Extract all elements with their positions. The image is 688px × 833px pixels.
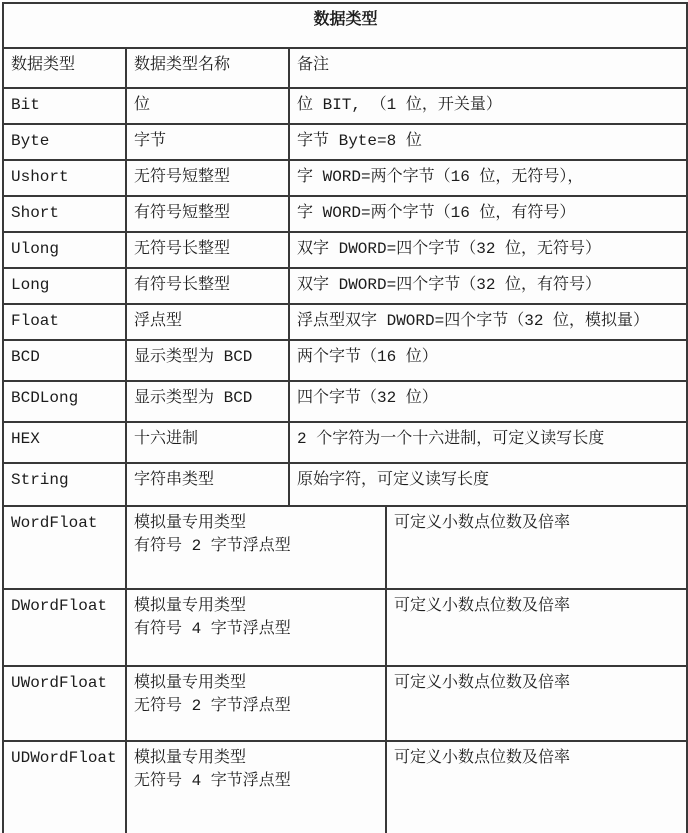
table-row: String字符串类型原始字符，可定义读写长度 [3, 463, 687, 506]
cell-name: 模拟量专用类型有符号 2 字节浮点型 [126, 506, 386, 589]
cell-name: 浮点型 [126, 304, 289, 340]
cell-note: 四个字节（32 位） [289, 381, 687, 422]
cell-name: 模拟量专用类型有符号 4 字节浮点型 [126, 589, 386, 666]
cell-name: 显示类型为 BCD [126, 340, 289, 381]
table-row: BCD显示类型为 BCD两个字节（16 位） [3, 340, 687, 381]
table-row: Ulong无符号长整型双字 DWORD=四个字节（32 位，无符号） [3, 232, 687, 268]
table-row: DWordFloat模拟量专用类型有符号 4 字节浮点型可定义小数点位数及倍率 [3, 589, 687, 666]
cell-note: 可定义小数点位数及倍率 [386, 741, 687, 833]
cell-type: String [3, 463, 126, 506]
table-row: Byte字节字节 Byte=8 位 [3, 124, 687, 160]
cell-note: 字 WORD=两个字节（16 位，无符号）， [289, 160, 687, 196]
cell-name: 显示类型为 BCD [126, 381, 289, 422]
cell-type: Float [3, 304, 126, 340]
cell-note: 浮点型双字 DWORD=四个字节（32 位，模拟量） [289, 304, 687, 340]
cell-type: UDWordFloat [3, 741, 126, 833]
table-row: Float浮点型浮点型双字 DWORD=四个字节（32 位，模拟量） [3, 304, 687, 340]
cell-note: 可定义小数点位数及倍率 [386, 666, 687, 741]
data-types-table: 数据类型 数据类型 数据类型名称 备注 Bit位位 BIT, （1 位，开关量）… [2, 2, 688, 833]
cell-type: Bit [3, 88, 126, 124]
cell-type: BCDLong [3, 381, 126, 422]
table-row: UDWordFloat模拟量专用类型无符号 4 字节浮点型可定义小数点位数及倍率 [3, 741, 687, 833]
cell-name: 无符号短整型 [126, 160, 289, 196]
cell-type: HEX [3, 422, 126, 463]
cell-name: 模拟量专用类型无符号 4 字节浮点型 [126, 741, 386, 833]
table-row: Short有符号短整型字 WORD=两个字节（16 位，有符号） [3, 196, 687, 232]
table-row: HEX十六进制2 个字符为一个十六进制，可定义读写长度 [3, 422, 687, 463]
table-title-row: 数据类型 [3, 3, 687, 48]
column-header-type: 数据类型 [3, 48, 126, 88]
cell-name: 十六进制 [126, 422, 289, 463]
table-row: Bit位位 BIT, （1 位，开关量） [3, 88, 687, 124]
cell-type: Ushort [3, 160, 126, 196]
cell-name: 无符号长整型 [126, 232, 289, 268]
cell-name: 位 [126, 88, 289, 124]
column-header-name: 数据类型名称 [126, 48, 289, 88]
cell-note: 字节 Byte=8 位 [289, 124, 687, 160]
cell-name: 字符串类型 [126, 463, 289, 506]
cell-note: 字 WORD=两个字节（16 位，有符号） [289, 196, 687, 232]
column-header-note: 备注 [289, 48, 687, 88]
cell-note: 2 个字符为一个十六进制，可定义读写长度 [289, 422, 687, 463]
cell-type: Ulong [3, 232, 126, 268]
cell-name: 模拟量专用类型无符号 2 字节浮点型 [126, 666, 386, 741]
cell-type: DWordFloat [3, 589, 126, 666]
table-header-row: 数据类型 数据类型名称 备注 [3, 48, 687, 88]
cell-note: 双字 DWORD=四个字节（32 位，有符号） [289, 268, 687, 304]
cell-name: 字节 [126, 124, 289, 160]
cell-type: BCD [3, 340, 126, 381]
cell-name: 有符号短整型 [126, 196, 289, 232]
cell-name: 有符号长整型 [126, 268, 289, 304]
cell-note: 两个字节（16 位） [289, 340, 687, 381]
table-row: UWordFloat模拟量专用类型无符号 2 字节浮点型可定义小数点位数及倍率 [3, 666, 687, 741]
table-row: Long有符号长整型双字 DWORD=四个字节（32 位，有符号） [3, 268, 687, 304]
cell-note: 可定义小数点位数及倍率 [386, 506, 687, 589]
cell-type: UWordFloat [3, 666, 126, 741]
cell-note: 原始字符，可定义读写长度 [289, 463, 687, 506]
table-row: WordFloat模拟量专用类型有符号 2 字节浮点型可定义小数点位数及倍率 [3, 506, 687, 589]
cell-type: WordFloat [3, 506, 126, 589]
table-title: 数据类型 [3, 3, 687, 48]
cell-type: Byte [3, 124, 126, 160]
cell-note: 双字 DWORD=四个字节（32 位，无符号） [289, 232, 687, 268]
cell-note: 可定义小数点位数及倍率 [386, 589, 687, 666]
cell-type: Long [3, 268, 126, 304]
table-row: Ushort无符号短整型字 WORD=两个字节（16 位，无符号）， [3, 160, 687, 196]
table-row: BCDLong显示类型为 BCD四个字节（32 位） [3, 381, 687, 422]
cell-type: Short [3, 196, 126, 232]
table-body: Bit位位 BIT, （1 位，开关量）Byte字节字节 Byte=8 位Ush… [3, 88, 687, 833]
cell-note: 位 BIT, （1 位，开关量） [289, 88, 687, 124]
